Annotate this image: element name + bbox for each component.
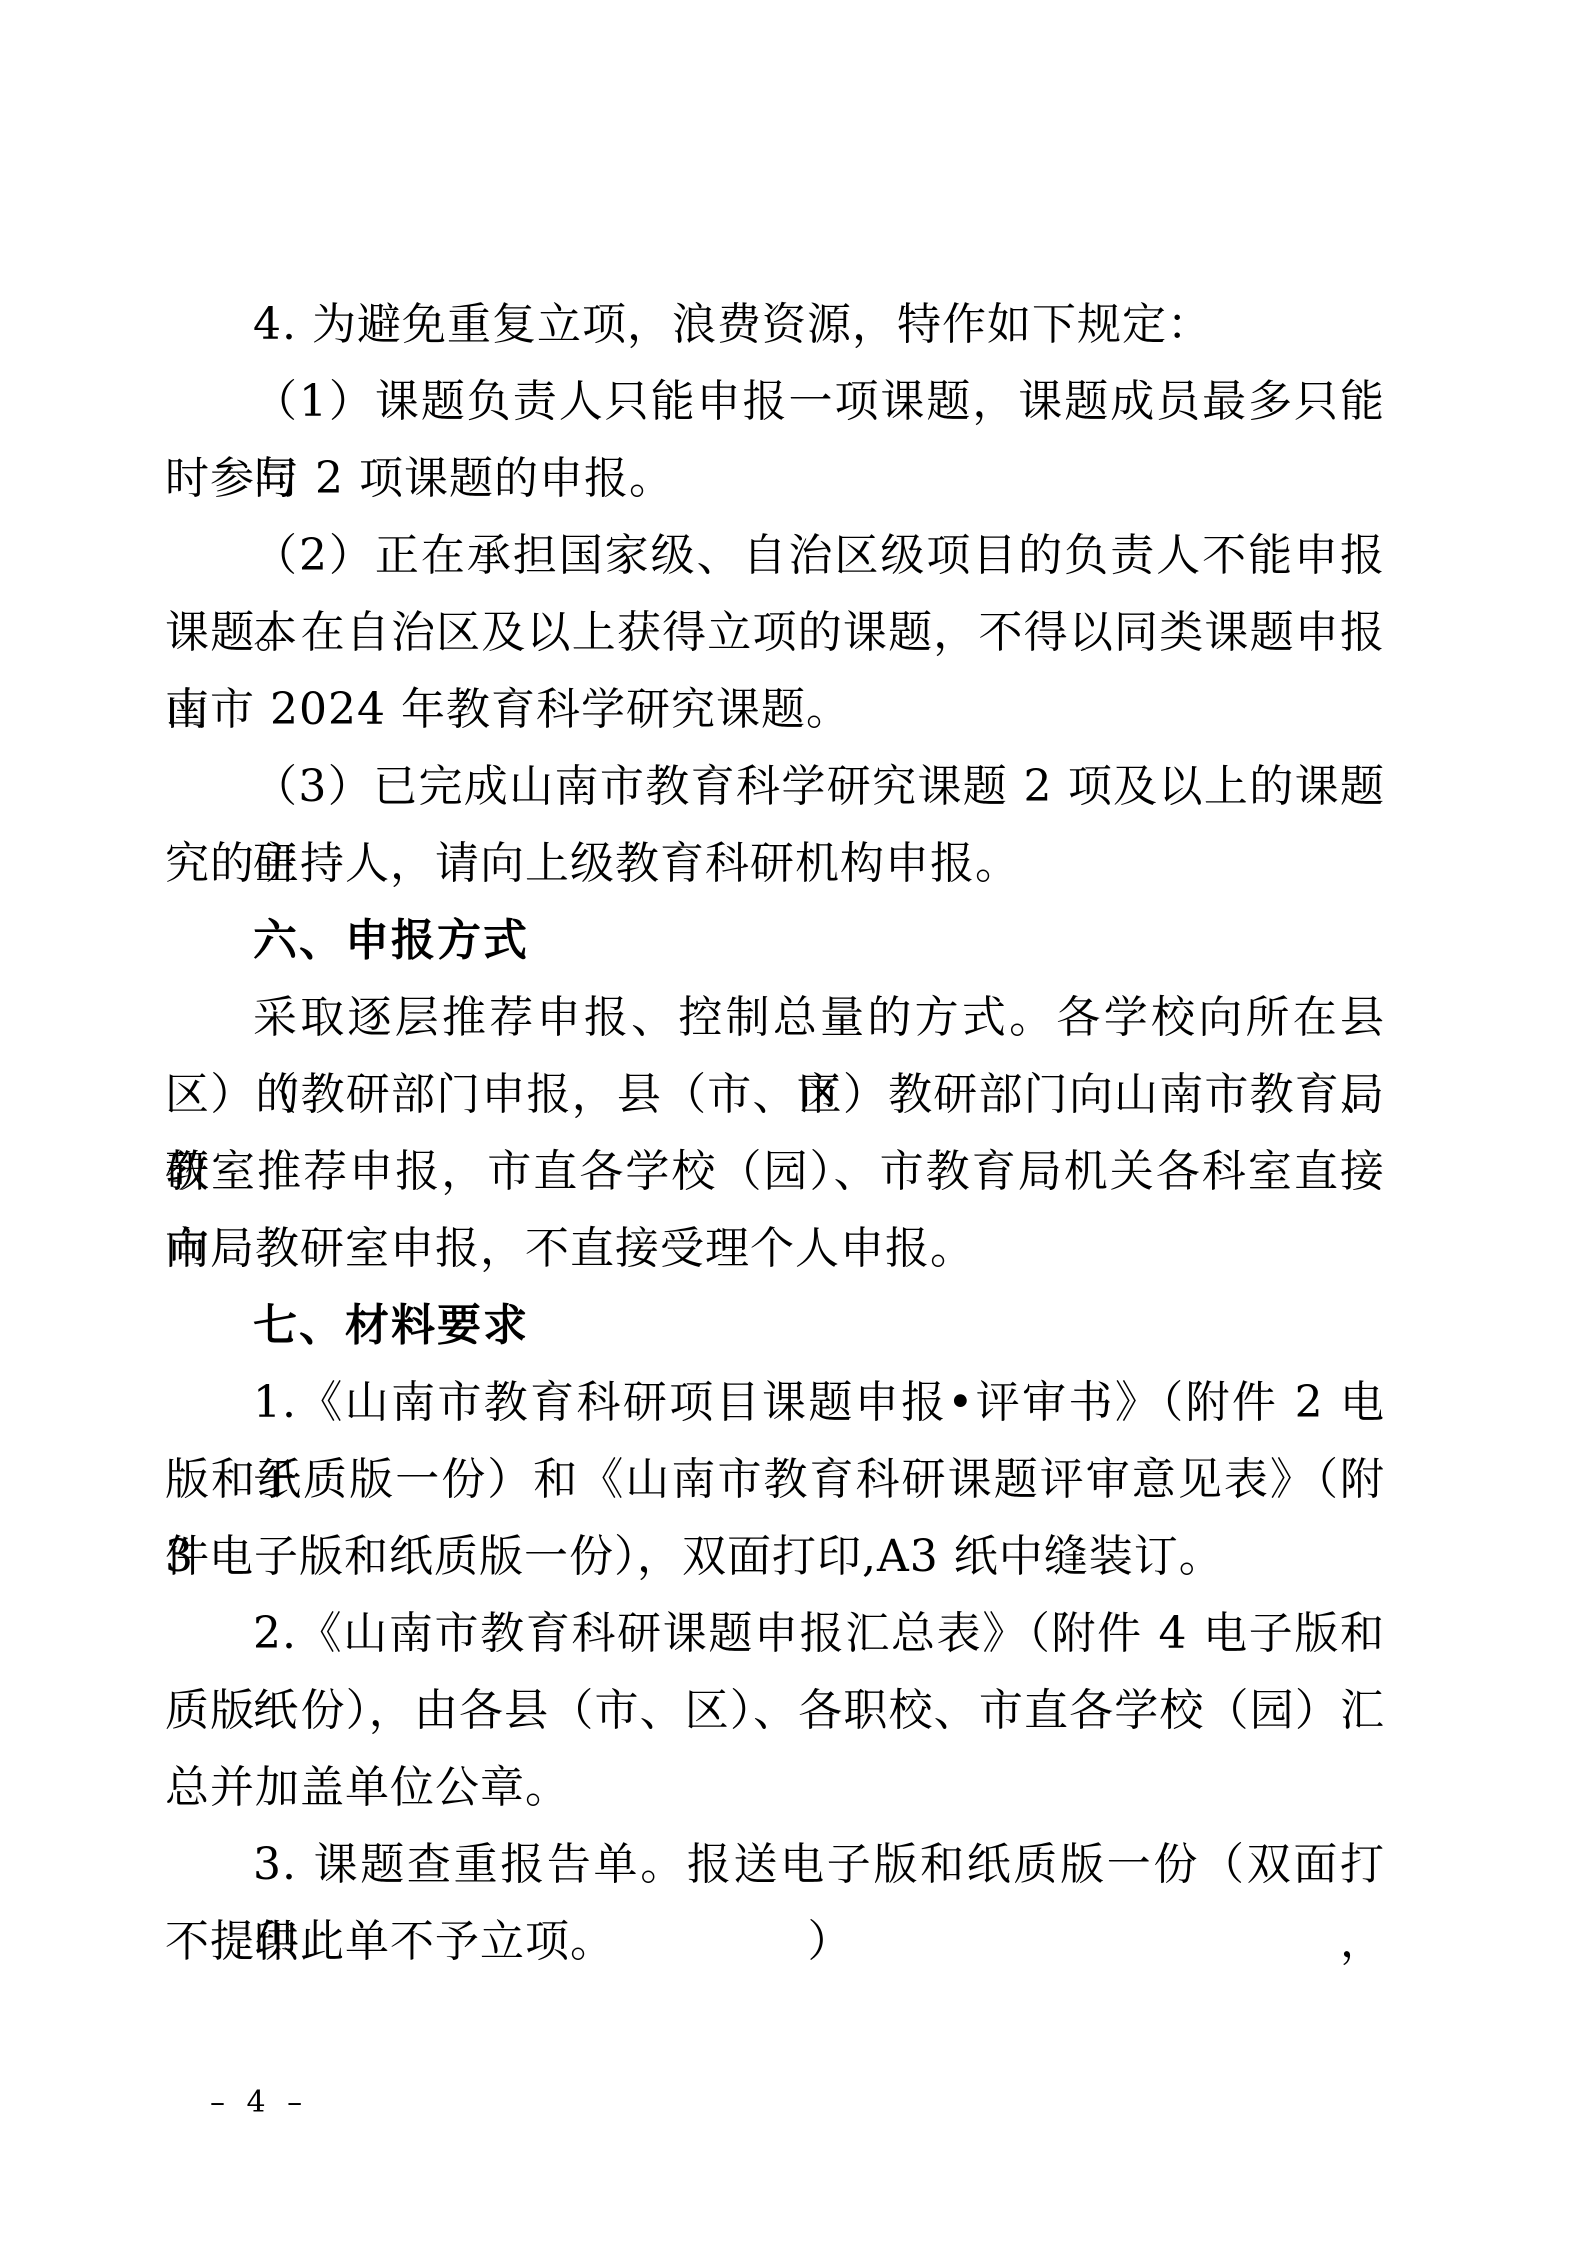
text-line: 时参与 2 项课题的申报。 — [165, 440, 1385, 517]
text-line: 研室推荐申报，市直各学校（园）、市教育局机关各科室直接向 — [165, 1133, 1385, 1210]
text-line: （2）正在承担国家级、自治区级项目的负责人不能申报本 — [165, 517, 1385, 594]
text-line: （1）课题负责人只能申报一项课题，课题成员最多只能同 — [165, 363, 1385, 440]
section-heading: 七、材料要求 — [165, 1287, 1385, 1364]
text-line: 2.《山南市教育科研课题申报汇总表》（附件 4 电子版和纸 — [165, 1595, 1385, 1672]
page-number: – 4 – — [210, 2085, 308, 2120]
text-line: 南市 2024 年教育科学研究课题。 — [165, 671, 1385, 748]
text-line: 3 电子版和纸质版一份），双面打印,A3 纸中缝装订。 — [165, 1518, 1385, 1595]
text-line: 3. 课题查重报告单。报送电子版和纸质版一份（双面打印）， — [165, 1826, 1385, 1903]
text-line: 总并加盖单位公章。 — [165, 1749, 1385, 1826]
document-body: 4. 为避免重复立项，浪费资源，特作如下规定：（1）课题负责人只能申报一项课题，… — [165, 286, 1385, 1980]
text-line: 4. 为避免重复立项，浪费资源，特作如下规定： — [165, 286, 1385, 363]
text-line: 版和纸质版一份）和《山南市教育科研课题评审意见表》（附件 — [165, 1441, 1385, 1518]
text-line: 究的主持人，请向上级教育科研机构申报。 — [165, 825, 1385, 902]
text-line: 区）的教研部门申报，县（市、区）教研部门向山南市教育局教 — [165, 1056, 1385, 1133]
text-line: （3）已完成山南市教育科学研究课题 2 项及以上的课题研 — [165, 748, 1385, 825]
text-line: 1.《山南市教育科研项目课题申报•评审书》（附件 2 电子 — [165, 1364, 1385, 1441]
text-line: 采取逐层推荐申报、控制总量的方式。各学校向所在县（市、 — [165, 979, 1385, 1056]
text-line: 课题。在自治区及以上获得立项的课题，不得以同类课题申报山 — [165, 594, 1385, 671]
document-page: 4. 为避免重复立项，浪费资源，特作如下规定：（1）课题负责人只能申报一项课题，… — [0, 0, 1587, 2245]
text-line: 质版一份），由各县（市、区）、各职校、市直各学校（园）汇 — [165, 1672, 1385, 1749]
text-line: 市局教研室申报，不直接受理个人申报。 — [165, 1210, 1385, 1287]
page-footer: – 4 – — [210, 2083, 308, 2123]
section-heading: 六、申报方式 — [165, 902, 1385, 979]
